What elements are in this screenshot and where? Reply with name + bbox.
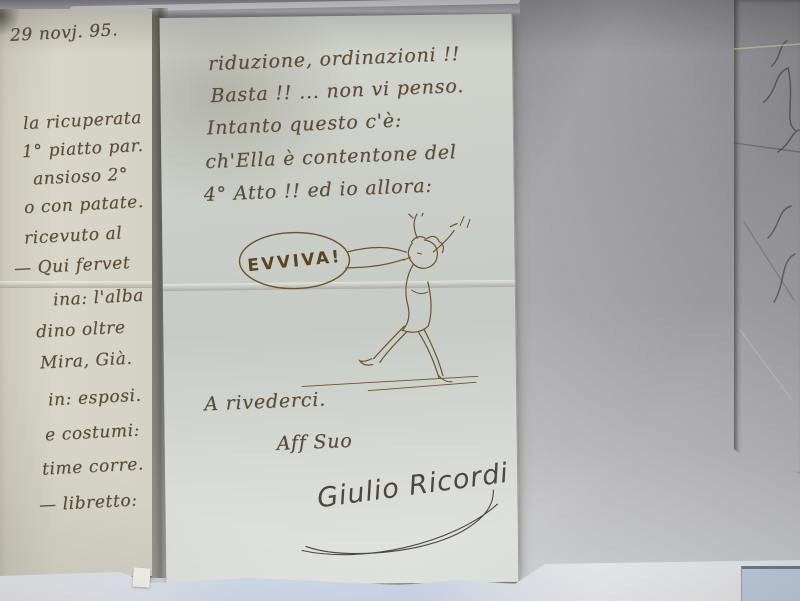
- handwriting-line: in: esposi.: [48, 386, 143, 411]
- photo-of-handwritten-letters: 29 novj. 95. la ricuperata 1° piatto par…: [0, 0, 800, 601]
- handwriting-line: Mira, Già.: [39, 349, 132, 374]
- handwriting-line: ansioso 2°: [32, 165, 128, 190]
- envelope: [734, 0, 800, 474]
- bubble-tail: [347, 247, 406, 253]
- handwriting-line: — libretto:: [39, 490, 138, 515]
- handwriting-line: — Qui fervet: [13, 253, 130, 279]
- handwriting-line: ina: l'alba: [53, 286, 145, 311]
- envelope-writing: [734, 0, 800, 474]
- bubble-tail: [346, 259, 405, 268]
- handwriting-line: la ricuperata: [23, 108, 143, 134]
- bubble-text: EVVIVA!: [247, 247, 343, 276]
- main-letter-page: riduzione, ordinazioni !! Basta !! ... n…: [160, 14, 520, 587]
- signature: Giulio Ricordi: [289, 432, 520, 563]
- letter-date: 29 novj. 95.: [9, 20, 118, 46]
- signature-text: Giulio Ricordi: [315, 458, 510, 515]
- blue-paper-corner: [741, 566, 800, 601]
- handwriting-line: time corre.: [42, 454, 145, 479]
- left-letter-page: 29 novj. 95. la ricuperata 1° piatto par…: [0, 9, 152, 577]
- paper-tab: [132, 567, 150, 587]
- handwriting-line: 1° piatto par.: [22, 136, 144, 162]
- handwriting-line: ricevuto al: [23, 223, 122, 248]
- handwriting-line: e costumi:: [45, 421, 141, 446]
- cherub-ink-drawing: EVVIVA!: [234, 212, 488, 399]
- handwriting-line: dino oltre: [36, 318, 127, 343]
- handwriting-line: o con patate.: [24, 192, 145, 218]
